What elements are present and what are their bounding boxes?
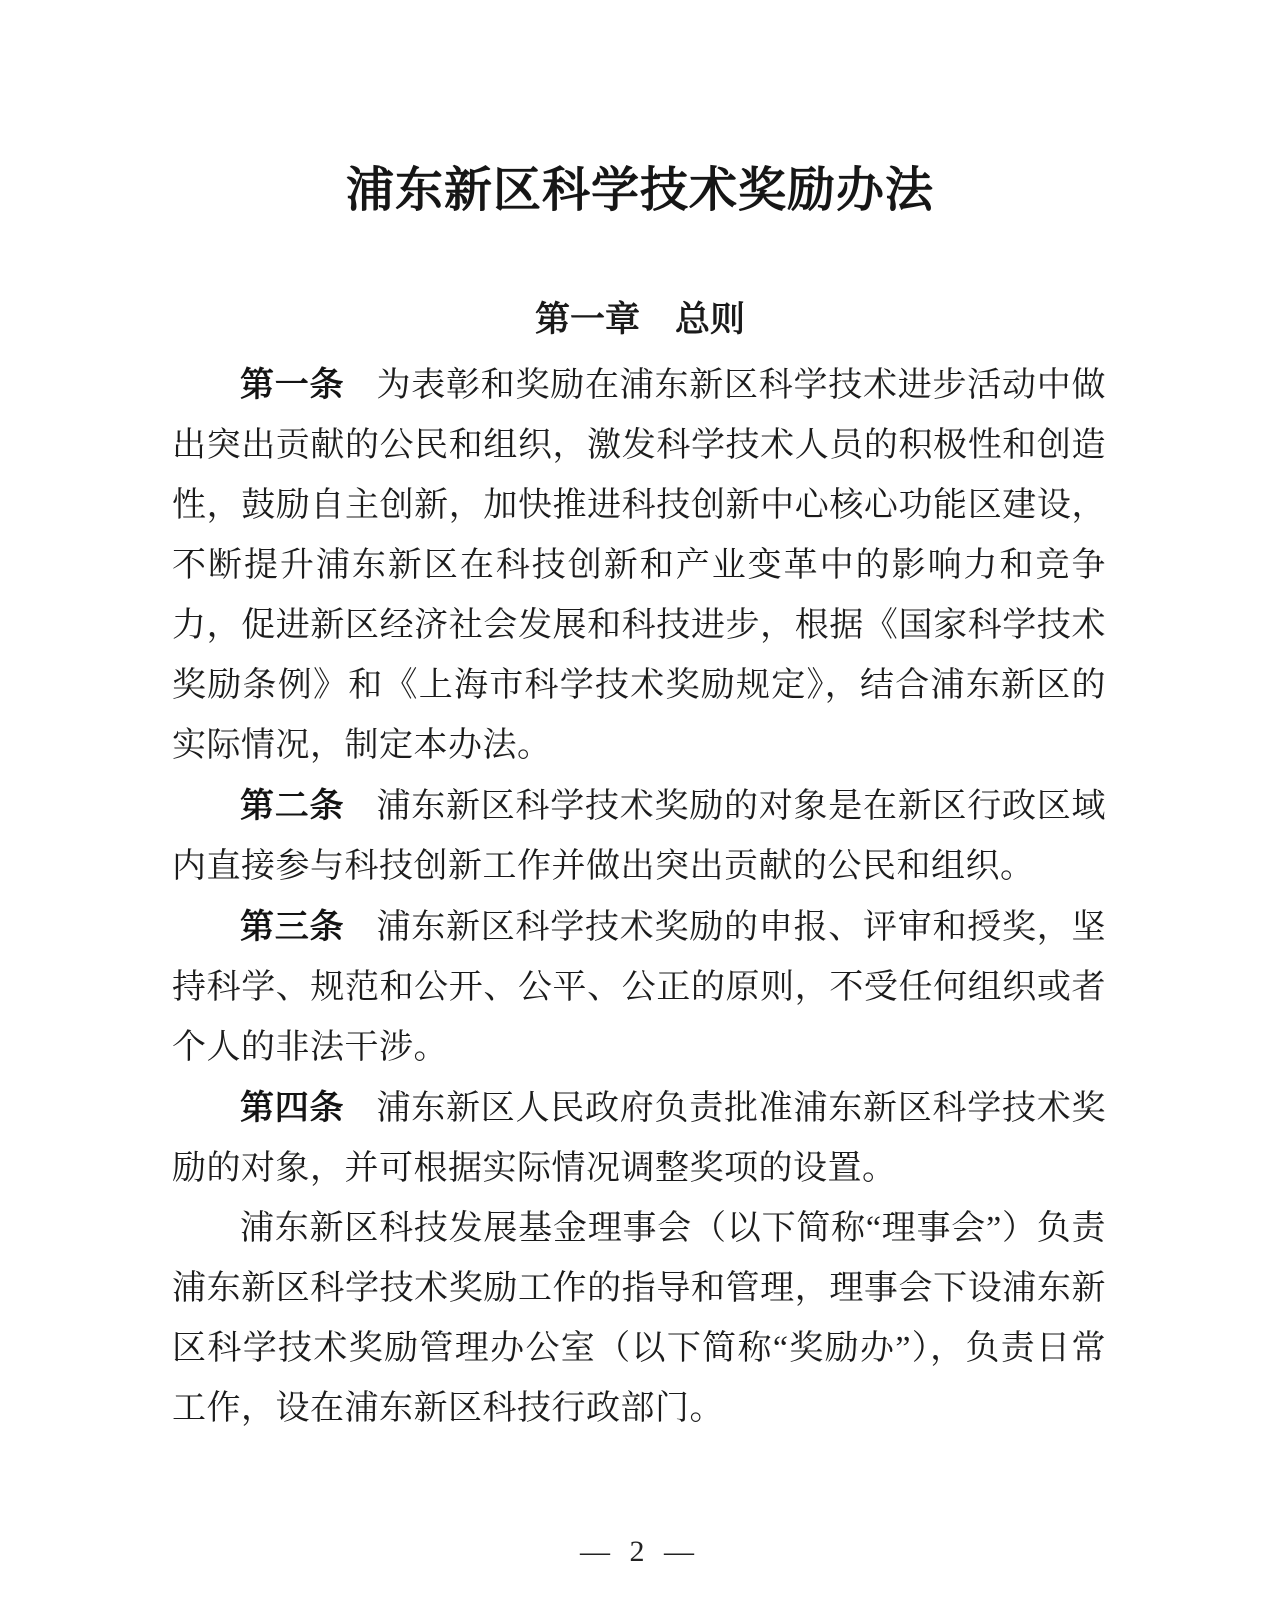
document-page: 浦东新区科学技术奖励办法 第一章 总则 第一条为表彰和奖励在浦东新区科学技术进步… [0,0,1280,1609]
article-3-number: 第三条 [240,908,344,946]
chapter-heading: 第一章 总则 [0,294,1280,346]
document-title: 浦东新区科学技术奖励办法 [0,158,1280,224]
document-body: 第一条为表彰和奖励在浦东新区科学技术进步活动中做出突出贡献的公民和组织，激发科学… [172,355,1106,1439]
article-4-continuation-text: 浦东新区科技发展基金理事会（以下简称“理事会”）负责浦东新区科学技术奖励工作的指… [172,1210,1106,1427]
article-1-number: 第一条 [240,366,344,404]
article-1-text: 为表彰和奖励在浦东新区科学技术进步活动中做出突出贡献的公民和组织，激发科学技术人… [172,367,1106,764]
article-1-paragraph: 第一条为表彰和奖励在浦东新区科学技术进步活动中做出突出贡献的公民和组织，激发科学… [172,355,1106,776]
article-2-number: 第二条 [240,787,344,825]
page-number: — 2 — [0,1532,1280,1572]
article-2-paragraph: 第二条浦东新区科学技术奖励的对象是在新区行政区域内直接参与科技创新工作并做出突出… [172,776,1106,897]
article-4-number: 第四条 [240,1089,344,1127]
article-4-continuation-paragraph: 浦东新区科技发展基金理事会（以下简称“理事会”）负责浦东新区科学技术奖励工作的指… [172,1199,1106,1439]
article-4-paragraph: 第四条浦东新区人民政府负责批准浦东新区科学技术奖励的对象，并可根据实际情况调整奖… [172,1078,1106,1199]
article-3-paragraph: 第三条浦东新区科学技术奖励的申报、评审和授奖，坚持科学、规范和公开、公平、公正的… [172,897,1106,1078]
